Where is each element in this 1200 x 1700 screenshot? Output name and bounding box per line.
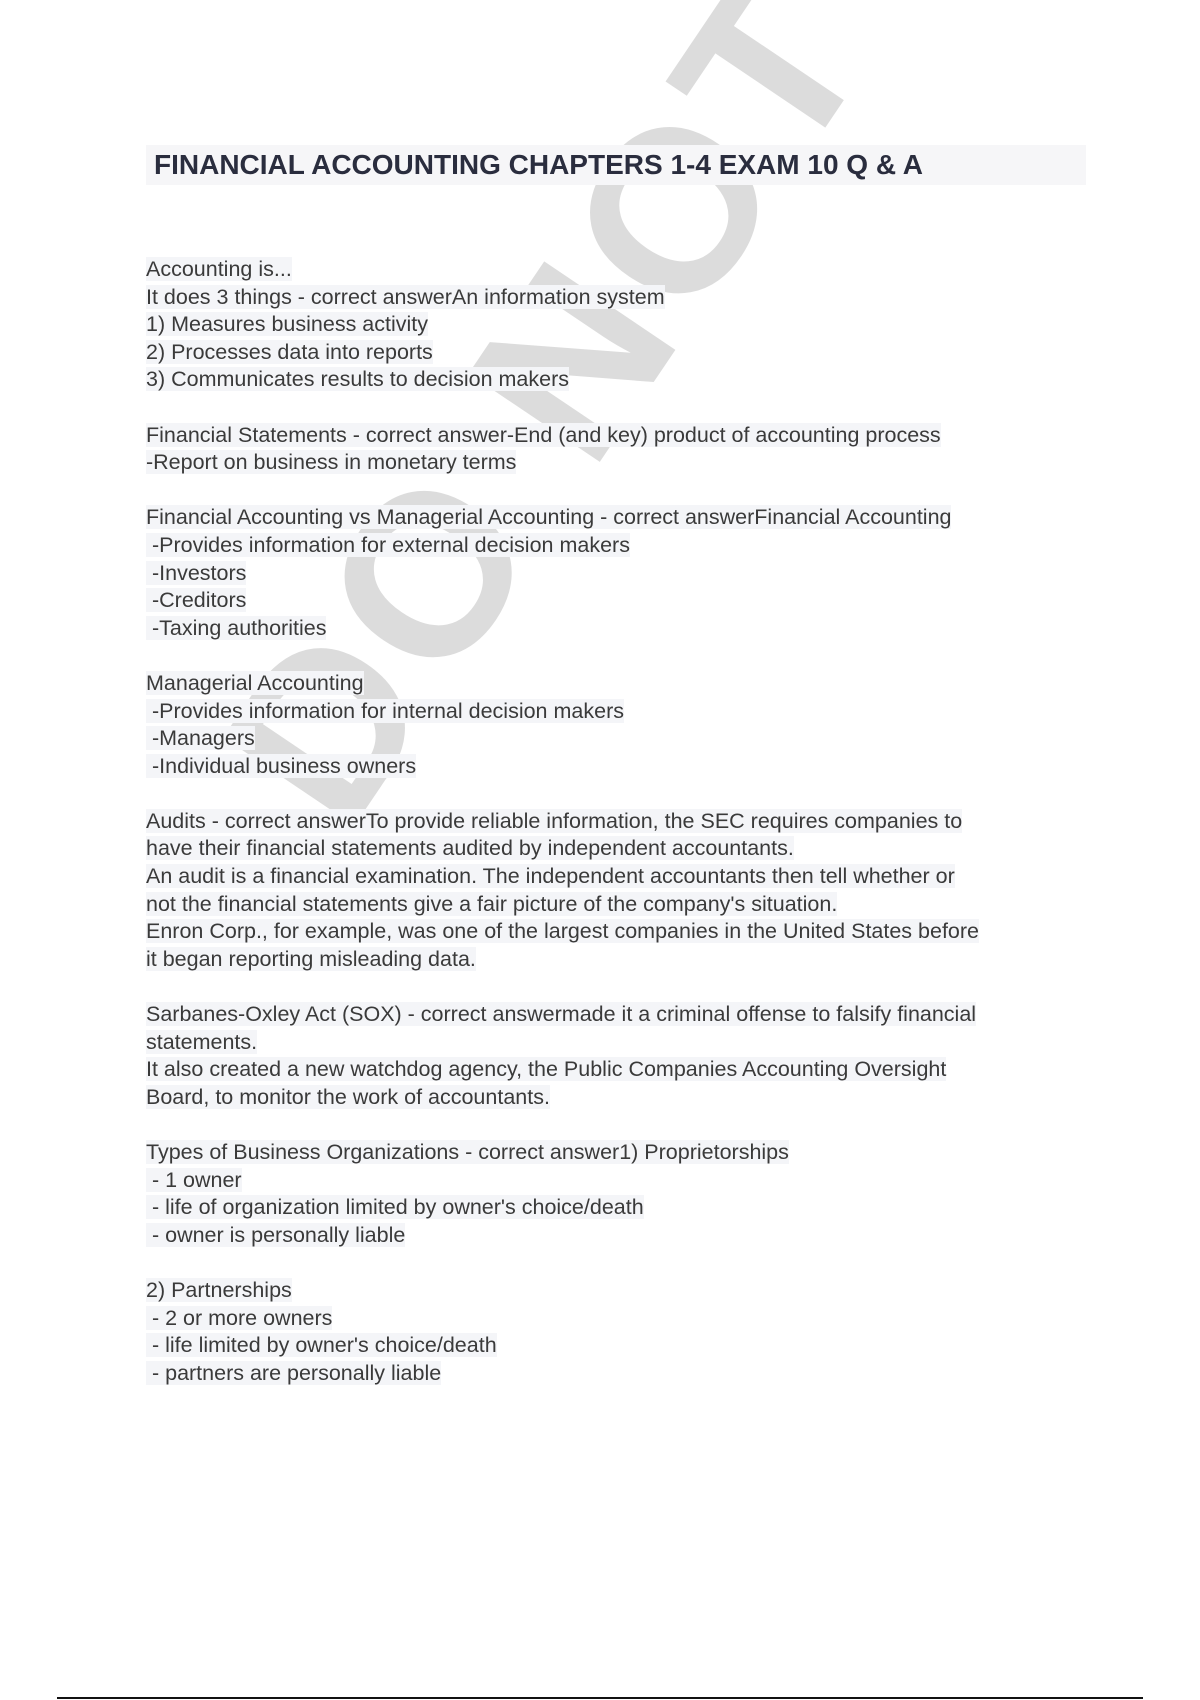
text-line-content: Financial Accounting vs Managerial Accou… <box>146 505 951 529</box>
text-line: -Provides information for internal decis… <box>146 698 1086 726</box>
text-line-content: It also created a new watchdog agency, t… <box>146 1057 946 1081</box>
text-line: -Taxing authorities <box>146 615 1086 643</box>
qa-block: Managerial Accounting -Provides informat… <box>146 670 1086 780</box>
text-line: -Report on business in monetary terms <box>146 449 1086 477</box>
document-page: DO NOT COPY FINANCIAL ACCOUNTING CHAPTER… <box>0 0 1200 1700</box>
text-line-content: An audit is a financial examination. The… <box>146 864 955 888</box>
text-line-content: Managerial Accounting <box>146 671 364 695</box>
text-line: It also created a new watchdog agency, t… <box>146 1056 1086 1084</box>
text-line-content: -Report on business in monetary terms <box>146 450 516 474</box>
text-line-content: not the financial statements give a fair… <box>146 892 837 916</box>
text-line-content: - owner is personally liable <box>146 1223 405 1247</box>
text-line-content: Audits - correct answerTo provide reliab… <box>146 809 962 833</box>
text-line: -Individual business owners <box>146 753 1086 781</box>
text-line-content: have their financial statements audited … <box>146 836 794 860</box>
text-line-content: Types of Business Organizations - correc… <box>146 1140 789 1164</box>
text-line-content: - life limited by owner's choice/death <box>146 1333 497 1357</box>
text-line-content: - 1 owner <box>146 1168 242 1192</box>
qa-block: Financial Accounting vs Managerial Accou… <box>146 504 1086 642</box>
text-line: Financial Accounting vs Managerial Accou… <box>146 504 1086 532</box>
text-line-content: -Investors <box>146 561 246 585</box>
text-line-content: -Individual business owners <box>146 754 416 778</box>
text-line: 2) Processes data into reports <box>146 339 1086 367</box>
qa-block: Financial Statements - correct answer-En… <box>146 422 1086 477</box>
text-line-content: -Provides information for internal decis… <box>146 699 624 723</box>
text-line: An audit is a financial examination. The… <box>146 863 1086 891</box>
text-line: -Managers <box>146 725 1086 753</box>
text-line-content: 3) Communicates results to decision make… <box>146 367 569 391</box>
text-line-content: - partners are personally liable <box>146 1361 441 1385</box>
text-line-content: 1) Measures business activity <box>146 312 428 336</box>
footer-divider <box>57 1697 1143 1699</box>
text-line: -Provides information for external decis… <box>146 532 1086 560</box>
text-line: - life limited by owner's choice/death <box>146 1332 1086 1360</box>
qa-block: Accounting is...It does 3 things - corre… <box>146 256 1086 394</box>
text-line: 2) Partnerships <box>146 1277 1086 1305</box>
qa-block: Sarbanes-Oxley Act (SOX) - correct answe… <box>146 1001 1086 1111</box>
text-line: Financial Statements - correct answer-En… <box>146 422 1086 450</box>
text-line: Accounting is... <box>146 256 1086 284</box>
text-line-content: -Provides information for external decis… <box>146 533 630 557</box>
text-line: Audits - correct answerTo provide reliab… <box>146 808 1086 836</box>
text-line: statements. <box>146 1029 1086 1057</box>
text-line-content: Accounting is... <box>146 257 292 281</box>
text-line-content: Enron Corp., for example, was one of the… <box>146 919 979 943</box>
text-line: 1) Measures business activity <box>146 311 1086 339</box>
text-line: - partners are personally liable <box>146 1360 1086 1388</box>
text-line-content: Sarbanes-Oxley Act (SOX) - correct answe… <box>146 1002 976 1026</box>
text-line: Enron Corp., for example, was one of the… <box>146 918 1086 946</box>
text-line-content: statements. <box>146 1030 257 1054</box>
document-title: FINANCIAL ACCOUNTING CHAPTERS 1-4 EXAM 1… <box>146 145 1086 185</box>
text-line: Board, to monitor the work of accountant… <box>146 1084 1086 1112</box>
text-line: Sarbanes-Oxley Act (SOX) - correct answe… <box>146 1001 1086 1029</box>
text-line-content: 2) Processes data into reports <box>146 340 433 364</box>
text-line-content: Board, to monitor the work of accountant… <box>146 1085 550 1109</box>
qa-block: Audits - correct answerTo provide reliab… <box>146 808 1086 974</box>
qa-block: 2) Partnerships - 2 or more owners - lif… <box>146 1277 1086 1387</box>
text-line: - 2 or more owners <box>146 1305 1086 1333</box>
text-line-content: it began reporting misleading data. <box>146 947 476 971</box>
text-line: It does 3 things - correct answerAn info… <box>146 284 1086 312</box>
text-line-content: 2) Partnerships <box>146 1278 292 1302</box>
text-line-content: -Managers <box>146 726 255 750</box>
text-line: - life of organization limited by owner'… <box>146 1194 1086 1222</box>
text-line-content: - life of organization limited by owner'… <box>146 1195 644 1219</box>
text-line: - 1 owner <box>146 1167 1086 1195</box>
text-line-content: Financial Statements - correct answer-En… <box>146 423 941 447</box>
text-line-content: -Creditors <box>146 588 246 612</box>
text-line: -Investors <box>146 560 1086 588</box>
document-body: Accounting is...It does 3 things - corre… <box>146 256 1086 1415</box>
text-line-content: - 2 or more owners <box>146 1306 332 1330</box>
text-line-content: It does 3 things - correct answerAn info… <box>146 285 665 309</box>
text-line: Types of Business Organizations - correc… <box>146 1139 1086 1167</box>
text-line: -Creditors <box>146 587 1086 615</box>
text-line: it began reporting misleading data. <box>146 946 1086 974</box>
text-line: have their financial statements audited … <box>146 835 1086 863</box>
text-line-content: -Taxing authorities <box>146 616 326 640</box>
text-line: not the financial statements give a fair… <box>146 891 1086 919</box>
text-line: 3) Communicates results to decision make… <box>146 366 1086 394</box>
qa-block: Types of Business Organizations - correc… <box>146 1139 1086 1249</box>
text-line: - owner is personally liable <box>146 1222 1086 1250</box>
text-line: Managerial Accounting <box>146 670 1086 698</box>
